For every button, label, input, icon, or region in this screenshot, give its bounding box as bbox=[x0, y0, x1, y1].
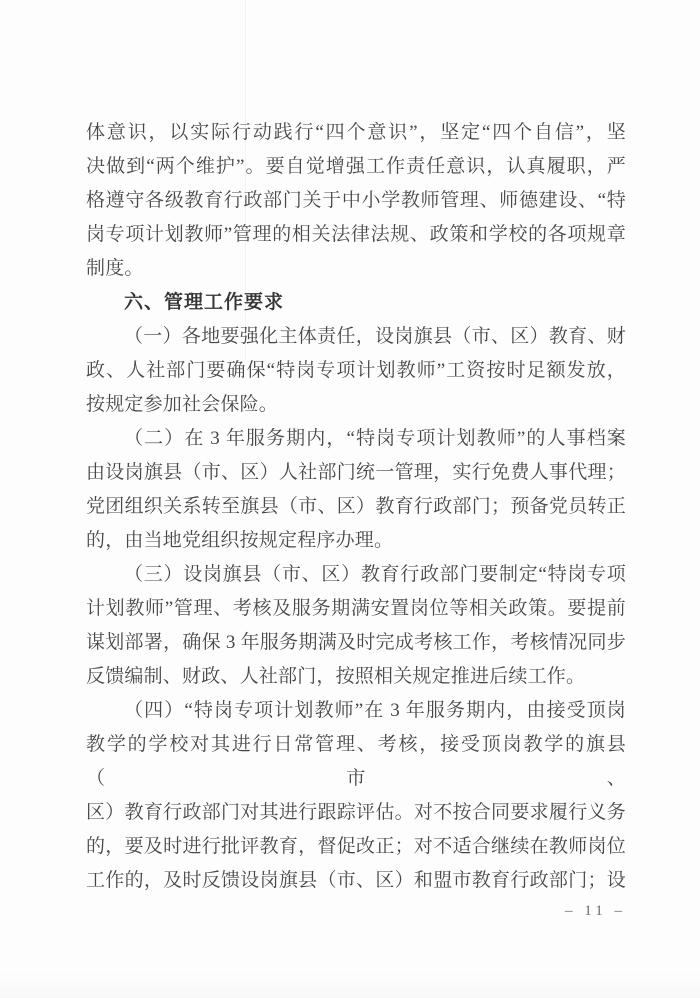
paragraph: （四）“特岗专项计划教师”在 3 年服务期内，由接受顶岗教学的学校对其进行日常管… bbox=[86, 694, 626, 898]
document-body: 体意识，以实际行动践行“四个意识”，坚定“四个自信”，坚决做到“两个维护”。要自… bbox=[86, 116, 626, 898]
text-line: （二）在 3 年服务期内，“特岗专项计划教师”的人事档案 bbox=[86, 422, 626, 456]
text-line: 六、管理工作要求 bbox=[86, 286, 626, 320]
text-line: 区）教育行政部门对其进行跟踪评估。对不按合同要求履行义务 bbox=[86, 796, 626, 830]
text-line: 教学的学校对其进行日常管理、考核，接受顶岗教学的旗县（市、 bbox=[86, 728, 626, 796]
text-line: 的，要及时进行批评教育，督促改正；对不适合继续在教师岗位 bbox=[86, 830, 626, 864]
text-line: 党团组织关系转至旗县（市、区）教育行政部门；预备党员转正 bbox=[86, 490, 626, 524]
paragraph: 体意识，以实际行动践行“四个意识”，坚定“四个自信”，坚决做到“两个维护”。要自… bbox=[86, 116, 626, 286]
section-heading: 六、管理工作要求 bbox=[86, 286, 626, 320]
document-page: 体意识，以实际行动践行“四个意识”，坚定“四个自信”，坚决做到“两个维护”。要自… bbox=[0, 0, 700, 998]
text-line: 岗专项计划教师”管理的相关法律法规、政策和学校的各项规章 bbox=[86, 218, 626, 252]
text-line: （三）设岗旗县（市、区）教育行政部门要制定“特岗专项 bbox=[86, 558, 626, 592]
paragraph: （三）设岗旗县（市、区）教育行政部门要制定“特岗专项计划教师”管理、考核及服务期… bbox=[86, 558, 626, 694]
paragraph: （一）各地要强化主体责任，设岗旗县（市、区）教育、财政、人社部门要确保“特岗专项… bbox=[86, 320, 626, 422]
text-line: （一）各地要强化主体责任，设岗旗县（市、区）教育、财 bbox=[86, 320, 626, 354]
text-line: 反馈编制、财政、人社部门，按照相关规定推进后续工作。 bbox=[86, 660, 626, 694]
text-line: 按规定参加社会保险。 bbox=[86, 388, 626, 422]
text-line: 政、人社部门要确保“特岗专项计划教师”工资按时足额发放， bbox=[86, 354, 626, 388]
text-line: 工作的，及时反馈设岗旗县（市、区）和盟市教育行政部门；设 bbox=[86, 864, 626, 898]
text-line: 谋划部署，确保 3 年服务期满及时完成考核工作，考核情况同步 bbox=[86, 626, 626, 660]
text-line: 由设岗旗县（市、区）人社部门统一管理，实行免费人事代理； bbox=[86, 456, 626, 490]
text-line: 决做到“两个维护”。要自觉增强工作责任意识，认真履职，严 bbox=[86, 150, 626, 184]
text-line: （四）“特岗专项计划教师”在 3 年服务期内，由接受顶岗 bbox=[86, 694, 626, 728]
text-line: 计划教师”管理、考核及服务期满安置岗位等相关政策。要提前 bbox=[86, 592, 626, 626]
text-line: 格遵守各级教育行政部门关于中小学教师管理、师德建设、“特 bbox=[86, 184, 626, 218]
page-number: – 11 – bbox=[565, 903, 626, 920]
paragraph: （二）在 3 年服务期内，“特岗专项计划教师”的人事档案由设岗旗县（市、区）人社… bbox=[86, 422, 626, 558]
text-line: 制度。 bbox=[86, 252, 626, 286]
text-line: 的，由当地党组织按规定程序办理。 bbox=[86, 524, 626, 558]
text-line: 体意识，以实际行动践行“四个意识”，坚定“四个自信”，坚 bbox=[86, 116, 626, 150]
scan-shading-artifact bbox=[0, 968, 700, 998]
